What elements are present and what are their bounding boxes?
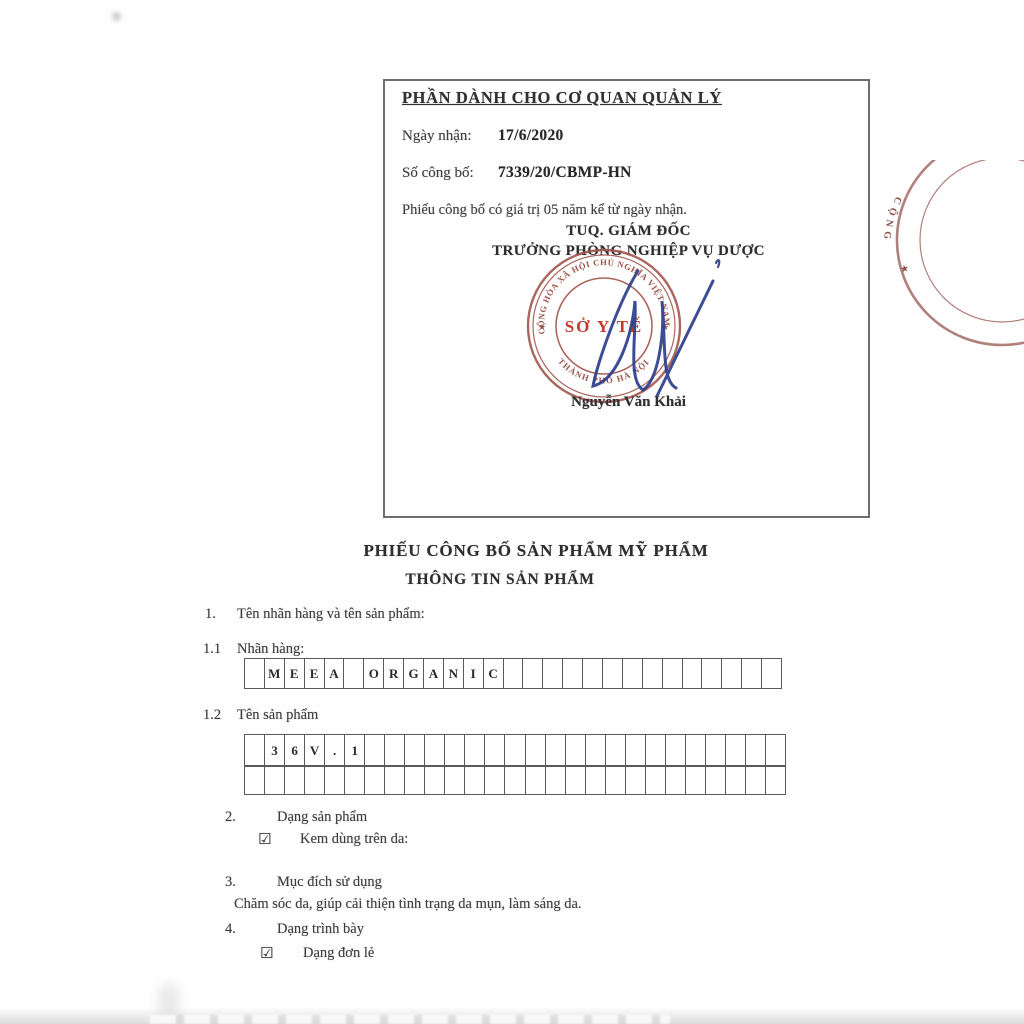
grid-cell [343,658,364,689]
grid-cell [444,734,465,767]
date-received-value: 17/6/2020 [498,127,564,145]
publication-number-label: Số công bố: [402,165,474,182]
grid-cell [725,734,746,767]
grid-cell [745,765,766,795]
document-subtitle: THÔNG TIN SẢN PHẨM [140,571,860,589]
section-1-number: 1. [205,606,216,623]
product-name-grid-row1: 36V.1 [245,734,786,767]
stamp-star-left-icon: ★ [538,322,546,332]
document-title: PHIẾU CÔNG BỐ SẢN PHẨM MỸ PHẨM [180,541,892,561]
grid-cell [685,734,706,767]
section-1-1-number: 1.1 [203,641,221,658]
grid-cell [705,765,726,795]
grid-cell [545,734,566,767]
grid-cell [384,734,405,767]
grid-cell [685,765,706,795]
grid-cell [585,734,606,767]
grid-cell [622,658,643,689]
grid-cell [404,765,425,795]
product-name-grid-row2 [245,766,786,795]
scanned-document-page: PHẦN DÀNH CHO CƠ QUAN QUẢN LÝ Ngày nhận:… [0,0,1024,1024]
section-3-label: Mục đích sử dụng [277,874,382,891]
official-round-stamp: CỘNG HÒA XÃ HỘI CHỦ NGHĨA VIỆT NAM THÀNH… [497,239,747,411]
section-2-option-label: Kem dùng trên da: [300,831,408,848]
grid-cell: A [324,658,345,689]
grid-cell [464,734,485,767]
grid-cell [545,765,566,795]
grid-cell [484,734,505,767]
grid-cell: 3 [264,734,285,767]
grid-cell [642,658,663,689]
grid-cell: . [324,734,345,767]
section-1-label: Tên nhãn hàng và tên sản phẩm: [237,606,425,623]
grid-cell [504,765,525,795]
grid-cell [484,765,505,795]
grid-cell [565,734,586,767]
grid-cell: E [284,658,305,689]
grid-cell [364,734,385,767]
grid-cell [504,734,525,767]
checkbox-kem-dung-tren-da: ☑ [258,830,271,848]
grid-cell: O [363,658,384,689]
grid-cell [682,658,703,689]
section-3-body: Chăm sóc da, giúp cải thiện tình trạng d… [234,896,582,913]
grid-cell [404,734,425,767]
grid-cell: 1 [344,734,365,767]
next-page-grid-hint [150,1015,670,1024]
brand-name-grid: MEEAORGANIC [245,658,782,689]
section-4-option-label: Dạng đơn lẻ [303,945,374,962]
grid-cell [705,734,726,767]
grid-cell [542,658,563,689]
grid-cell: C [483,658,504,689]
signer-name: Nguyễn Văn Khải [385,394,872,411]
grid-cell [645,765,666,795]
grid-cell: N [443,658,464,689]
grid-cell [522,658,543,689]
checkbox-dang-don-le: ☑ [260,944,273,962]
grid-cell [765,765,786,795]
grid-cell: 6 [284,734,305,767]
edge-partial-stamp: CỘNG ★ [872,160,1024,360]
grid-cell [605,734,626,767]
grid-cell [284,765,305,795]
grid-cell [761,658,782,689]
validity-note: Phiếu công bố có giá trị 05 năm kể từ ng… [402,202,687,219]
grid-cell [765,734,786,767]
grid-cell [464,765,485,795]
grid-cell [525,734,546,767]
grid-cell [384,765,405,795]
grid-cell: E [304,658,325,689]
grid-cell: V [304,734,325,767]
grid-cell [602,658,623,689]
section-4-label: Dạng trình bày [277,921,364,938]
grid-cell [562,658,583,689]
grid-cell: M [264,658,285,689]
date-received-label: Ngày nhận: [402,128,472,145]
grid-cell [745,734,766,767]
grid-cell: A [423,658,444,689]
grid-cell [605,765,626,795]
grid-cell [424,734,445,767]
grid-cell [244,658,265,689]
grid-cell [444,765,465,795]
section-4-number: 4. [225,921,236,938]
grid-cell: R [383,658,404,689]
section-2-label: Dạng sản phẩm [277,809,367,826]
grid-cell [582,658,603,689]
grid-cell: I [463,658,484,689]
grid-cell [264,765,285,795]
grid-cell [324,765,345,795]
grid-cell [585,765,606,795]
grid-cell [625,765,646,795]
grid-cell [244,765,265,795]
signer-title-1: TUQ. GIÁM ĐỐC [385,223,872,240]
grid-cell [721,658,742,689]
publication-number-value: 7339/20/CBMP-HN [498,164,632,182]
grid-cell [725,765,746,795]
grid-cell [344,765,365,795]
grid-cell [665,734,686,767]
grid-cell [503,658,524,689]
grid-cell [244,734,265,767]
grid-cell [565,765,586,795]
edge-stamp-star-icon: ★ [899,263,910,276]
section-1-2-number: 1.2 [203,707,221,724]
section-3-number: 3. [225,874,236,891]
admin-section-box: PHẦN DÀNH CHO CƠ QUAN QUẢN LÝ Ngày nhận:… [383,79,870,518]
admin-box-header: PHẦN DÀNH CHO CƠ QUAN QUẢN LÝ [402,88,722,108]
grid-cell [424,765,445,795]
grid-cell [701,658,722,689]
grid-cell [304,765,325,795]
section-1-1-label: Nhãn hàng: [237,641,304,658]
grid-cell [525,765,546,795]
section-2-number: 2. [225,809,236,826]
scan-smudge-top-left [112,12,121,21]
grid-cell [665,765,686,795]
grid-cell [625,734,646,767]
grid-cell: G [403,658,424,689]
grid-cell [741,658,762,689]
grid-cell [662,658,683,689]
next-page-edge [0,1007,1024,1024]
grid-cell [645,734,666,767]
grid-cell [364,765,385,795]
section-1-2-label: Tên sản phẩm [237,707,318,724]
